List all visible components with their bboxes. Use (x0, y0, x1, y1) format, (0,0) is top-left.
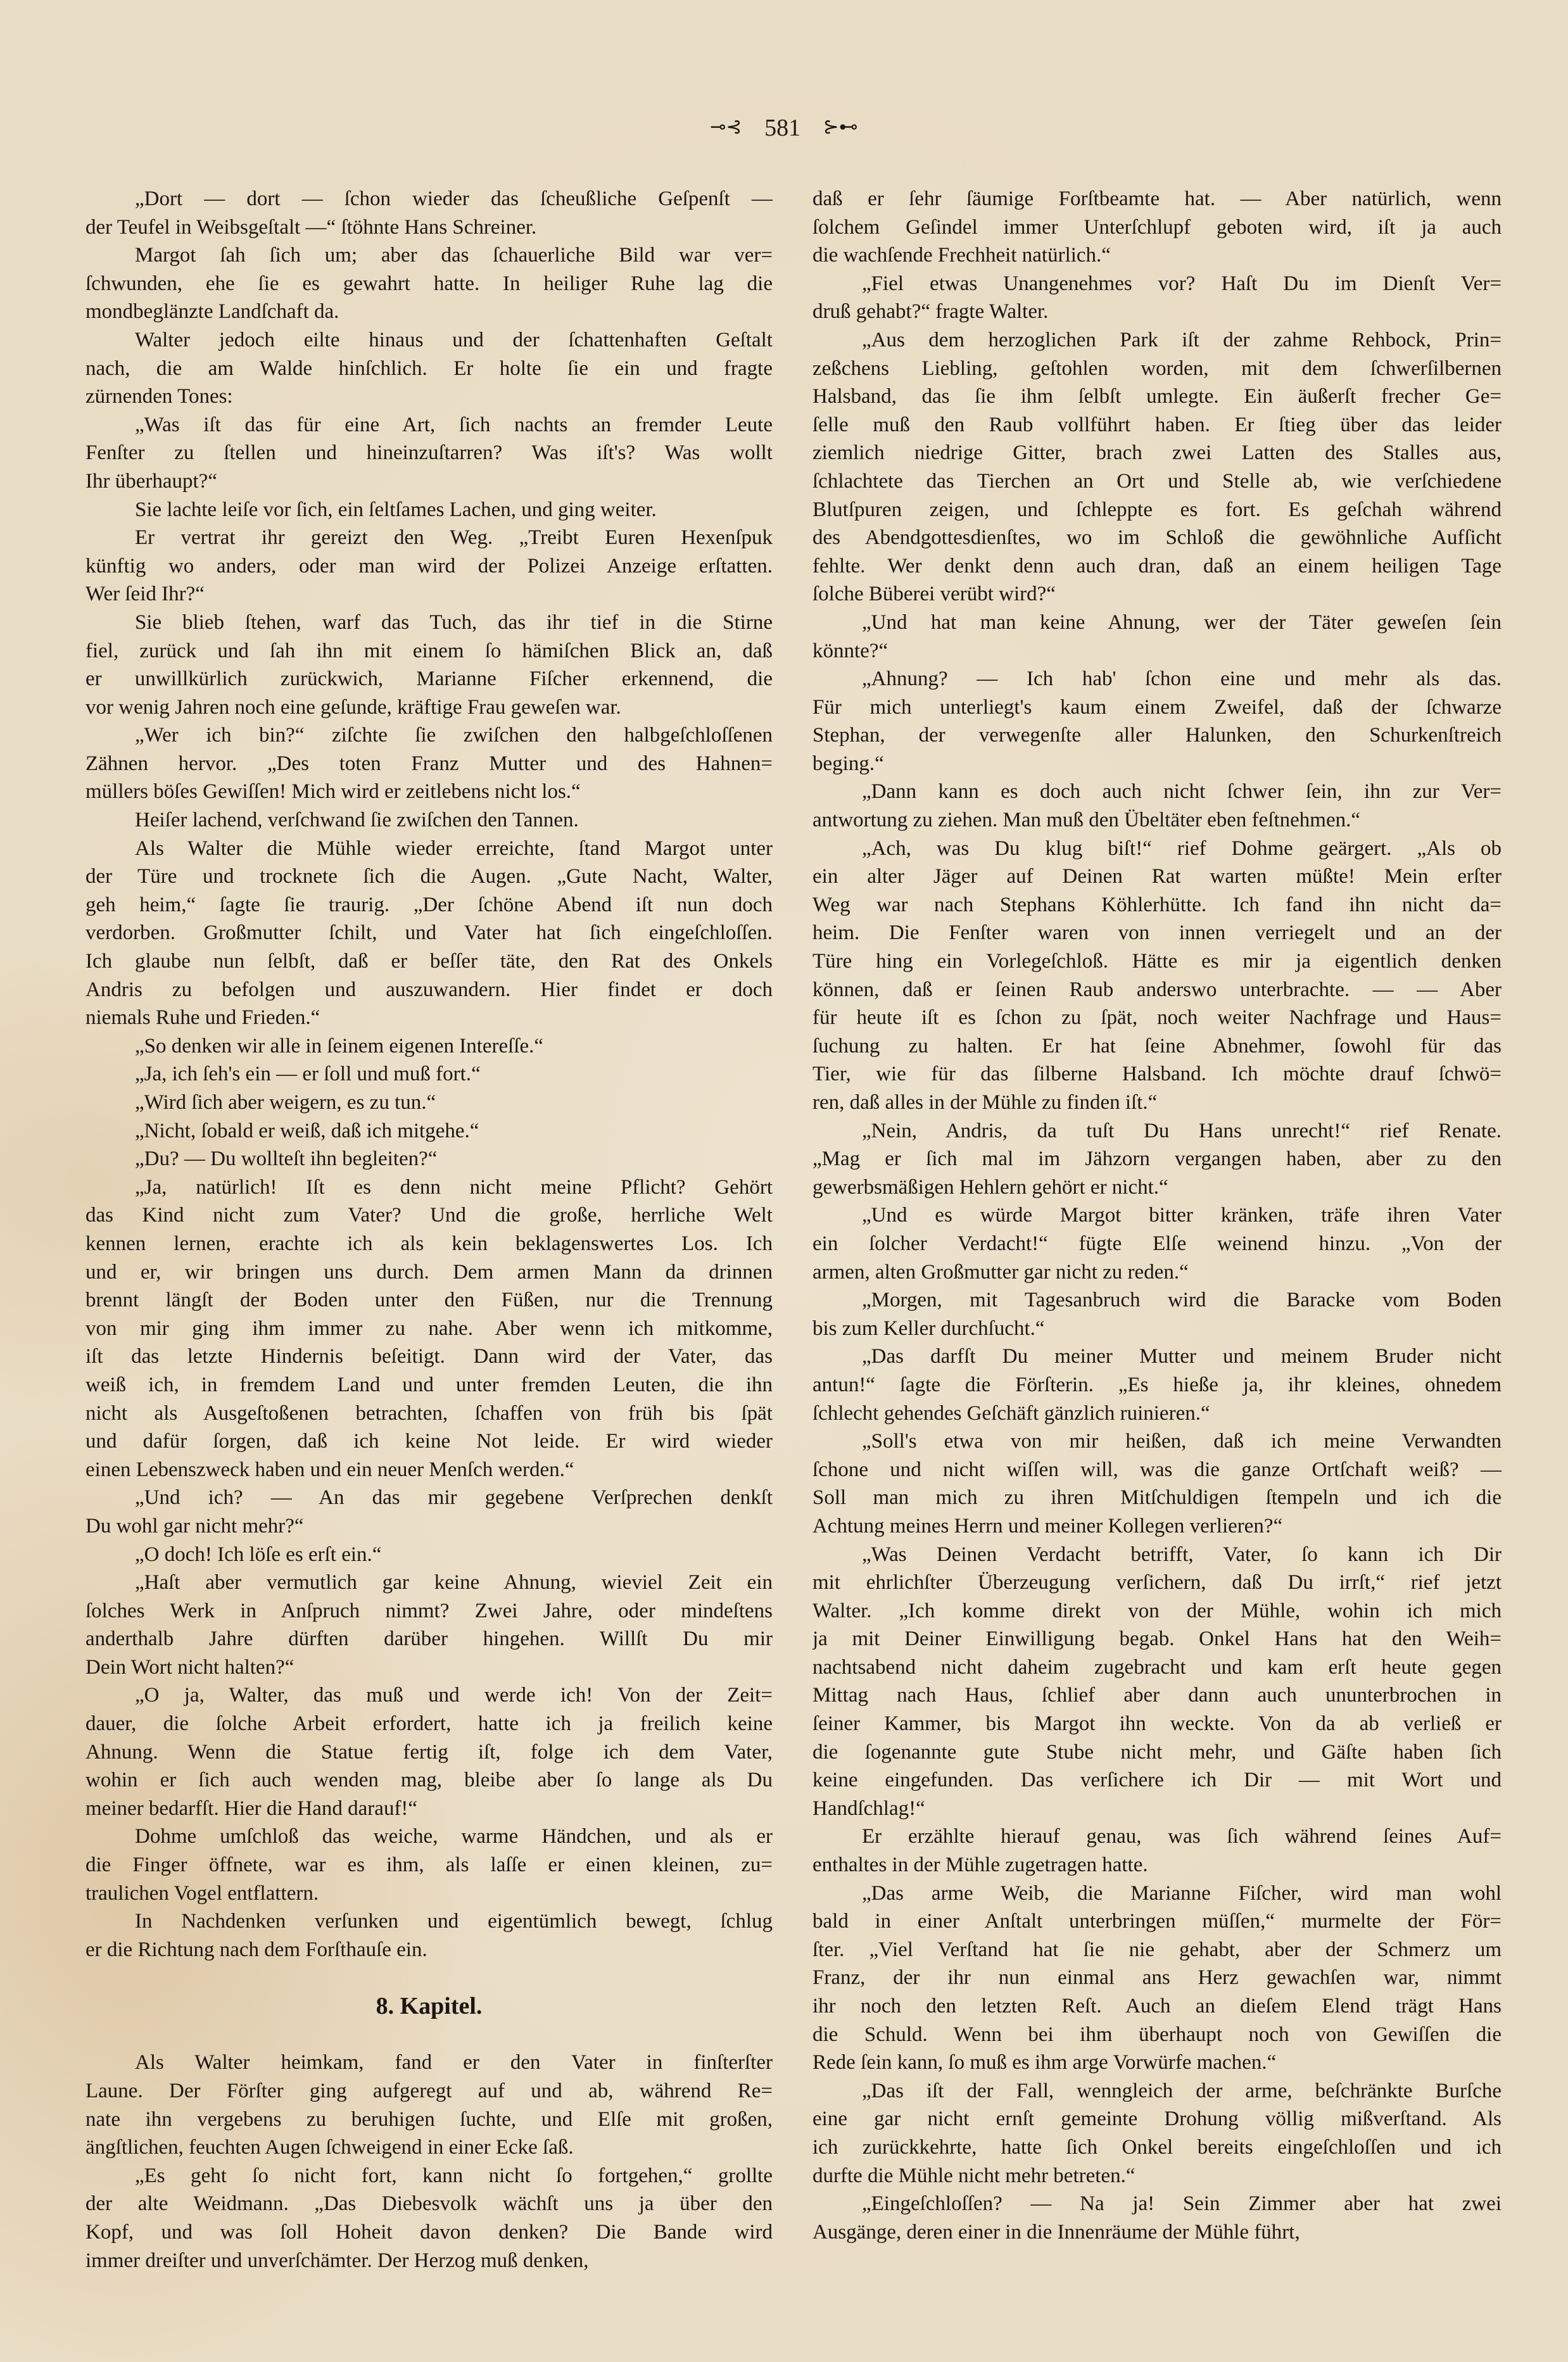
paragraph: „Das arme Weib, die Marianne Fiſcher, wi… (812, 1879, 1502, 2077)
text-line: enthaltes in der Mühle zugetragen hatte. (812, 1851, 1502, 1879)
text-line: ziemlich niedrige Gitter, brach zwei Lat… (812, 439, 1502, 467)
text-line: Ich glaube nun ſelbſt, daß er beſſer tät… (85, 947, 773, 976)
text-line: „Das iſt der Fall, wenngleich der arme, … (812, 2077, 1502, 2106)
paragraph: „O doch! Ich löſe es erſt ein.“ (85, 1541, 773, 1569)
text-line: ſchlecht gehendes Geſchäft gänzlich ruin… (812, 1399, 1502, 1428)
text-line: „So denken wir alle in ſeinem eigenen In… (85, 1032, 773, 1061)
text-line: antwortung zu ziehen. Man muß den Übeltä… (812, 806, 1502, 835)
text-line: „Fiel etwas Unangenehmes vor? Haſt Du im… (812, 270, 1502, 298)
text-line: „Es geht ſo nicht fort, kann nicht ſo fo… (85, 2162, 773, 2190)
text-line: Zähnen hervor. „Des toten Franz Mutter u… (85, 750, 773, 778)
text-line: „Eingeſchloſſen? — Na ja! Sein Zimmer ab… (812, 2190, 1502, 2218)
text-line: ſolche Büberei verübt wird?“ (812, 580, 1502, 609)
text-line: Mittag nach Haus, ſchlief aber dann auch… (812, 1681, 1502, 1710)
text-line: von mir ging ihm immer zu nahe. Aber wen… (85, 1315, 773, 1343)
text-line: Für mich unterliegt's kaum einem Zweifel… (812, 693, 1502, 722)
text-line: Ausgänge, deren einer in die Innenräume … (812, 2218, 1502, 2247)
text-line: Franz, der ihr nun einmal ans Herz gewac… (812, 1964, 1502, 1992)
text-line: fiel, zurück und ſah ihn mit einem ſo hä… (85, 637, 773, 666)
text-line: „O ja, Walter, das muß und werde ich! Vo… (85, 1681, 773, 1710)
paragraph: Er erzählte hierauf genau, was ſich währ… (812, 1822, 1502, 1879)
text-line: kennen lernen, erachte ich als kein bekl… (85, 1230, 773, 1258)
text-line: die wachſende Frechheit natürlich.“ (812, 241, 1502, 270)
text-line: ihr noch den letzten Reſt. Auch an dieſe… (812, 1992, 1502, 2021)
text-line: geh heim,“ ſagte ſie traurig. „Der ſchön… (85, 891, 773, 919)
text-line: „Dann kann es doch auch nicht ſchwer ſei… (812, 778, 1502, 806)
text-line: anderthalb Jahre dürften darüber hingehe… (85, 1625, 773, 1653)
text-line: zeßchens Liebling, geſtohlen worden, mit… (812, 355, 1502, 383)
text-line: und dafür ſorgen, daß ich keine Not leid… (85, 1427, 773, 1456)
paragraph: Margot ſah ſich um; aber das ſchauerlich… (85, 241, 773, 326)
text-line: fehlte. Wer denkt denn auch dran, daß an… (812, 552, 1502, 581)
right-column: daß er ſehr ſäumige Forſtbeamte hat. — A… (812, 185, 1502, 2246)
text-line: Als Walter heimkam, fand er den Vater in… (85, 2049, 773, 2077)
text-line: Er vertrat ihr gereizt den Weg. „Treibt … (85, 524, 773, 552)
text-line: nach, die am Walde hinſchlich. Er holte … (85, 355, 773, 383)
text-line: „Ahnung? — Ich hab' ſchon eine und mehr … (812, 665, 1502, 693)
paragraph: „Ach, was Du klug biſt!“ rief Dohme geär… (812, 835, 1502, 1117)
text-line: heim. Die Fenſter waren von innen verrie… (812, 919, 1502, 947)
text-line: „Dort — dort — ſchon wieder das ſcheußli… (85, 185, 773, 213)
text-line: beging.“ (812, 750, 1502, 778)
text-line: wohin er ſich auch wenden mag, bleibe ab… (85, 1766, 773, 1795)
text-line: „Und es würde Margot bitter kränken, trä… (812, 1201, 1502, 1230)
paragraph: Dohme umſchloß das weiche, warme Händche… (85, 1822, 773, 1907)
text-line: „Morgen, mit Tagesanbruch wird die Barac… (812, 1286, 1502, 1315)
text-line: Ihr überhaupt?“ (85, 467, 773, 496)
paragraph: „Nicht, ſobald er weiß, daß ich mitgehe.… (85, 1117, 773, 1146)
text-line: für heute iſt es ſchon zu ſpät, noch wei… (812, 1004, 1502, 1032)
text-line: bald in einer Anſtalt unterbringen müſſe… (812, 1907, 1502, 1936)
text-line: traulichen Vogel entflattern. (85, 1879, 773, 1908)
text-line: „Was iſt das für eine Art, ſich nachts a… (85, 411, 773, 439)
text-line: er die Richtung nach dem Forſthauſe ein. (85, 1936, 773, 1964)
paragraph: „O ja, Walter, das muß und werde ich! Vo… (85, 1681, 773, 1822)
paragraph: Heiſer lachend, verſchwand ſie zwiſchen … (85, 806, 773, 835)
text-line: die Schuld. Wenn bei ihm überhaupt noch … (812, 2021, 1502, 2049)
text-line: Weg war nach Stephans Köhlerhütte. Ich f… (812, 891, 1502, 919)
text-line: ſuchung zu halten. Er hat ſeine Abnehmer… (812, 1032, 1502, 1061)
text-line: brennt längſt der Boden unter den Füßen,… (85, 1286, 773, 1315)
paragraph: „Soll's etwa von mir heißen, daß ich mei… (812, 1427, 1502, 1540)
text-line: keine eingefunden. Das verſichere ich Di… (812, 1766, 1502, 1795)
text-line: „Ja, natürlich! Iſt es denn nicht meine … (85, 1173, 773, 1202)
text-line: ſchone und nicht wiſſen will, was die ga… (812, 1456, 1502, 1484)
text-line: „Nein, Andris, da tuſt Du Hans unrecht!“… (812, 1117, 1502, 1146)
text-line: „Ach, was Du klug biſt!“ rief Dohme geär… (812, 835, 1502, 863)
text-line: Walter. „Ich komme direkt von der Mühle,… (812, 1597, 1502, 1626)
text-line: Er erzählte hierauf genau, was ſich währ… (812, 1822, 1502, 1851)
text-line: Sie lachte leiſe vor ſich, ein ſeltſames… (85, 496, 773, 524)
text-line: Dein Wort nicht halten?“ (85, 1653, 773, 1682)
text-line: ſolchem Geſindel immer Unterſchlupf gebo… (812, 213, 1502, 242)
ornament-right-icon: ⊱⊷ (823, 117, 858, 137)
left-column: „Dort — dort — ſchon wieder das ſcheußli… (85, 185, 773, 2275)
text-line: „Ja, ich ſeh's ein — er ſoll und muß for… (85, 1060, 773, 1089)
paragraph: Als Walter die Mühle wieder erreichte, ſ… (85, 835, 773, 1032)
text-line: nate ihn vergebens zu beruhigen ſuchte, … (85, 2106, 773, 2134)
text-line: Blutſpuren zeigen, und ſchleppte es fort… (812, 496, 1502, 524)
text-line: Heiſer lachend, verſchwand ſie zwiſchen … (85, 806, 773, 835)
paragraph: „Wer ich bin?“ ziſchte ſie zwiſchen den … (85, 721, 773, 806)
text-line: armen, alten Großmutter gar nicht zu red… (812, 1258, 1502, 1287)
text-line: nicht als Ausgeſtoßenen betrachten, ſcha… (85, 1399, 773, 1428)
text-line: Du wohl gar nicht mehr?“ (85, 1512, 773, 1541)
text-line: Als Walter die Mühle wieder erreichte, ſ… (85, 835, 773, 863)
paragraph: „Ja, ich ſeh's ein — er ſoll und muß for… (85, 1060, 773, 1089)
paragraph: „Eingeſchloſſen? — Na ja! Sein Zimmer ab… (812, 2190, 1502, 2246)
paragraph: „Das darfſt Du meiner Mutter und meinem … (812, 1342, 1502, 1427)
paragraph: „Was iſt das für eine Art, ſich nachts a… (85, 411, 773, 496)
paragraph: „Das iſt der Fall, wenngleich der arme, … (812, 2077, 1502, 2190)
text-line: verdorben. Großmutter ſchilt, und Vater … (85, 919, 773, 947)
paragraph: „Haſt aber vermutlich gar keine Ahnung, … (85, 1569, 773, 1681)
text-line: „O doch! Ich löſe es erſt ein.“ (85, 1541, 773, 1569)
text-line: können, daß er ſeinen Raub anderswo unte… (812, 976, 1502, 1004)
text-line: Rede ſein kann, ſo muß es ihm arge Vorwü… (812, 2049, 1502, 2077)
text-line: Laune. Der Förſter ging aufgeregt auf un… (85, 2077, 773, 2106)
text-line: Türe hing ein Vorlegeſchloß. Hätte es mi… (812, 947, 1502, 976)
right-column-paragraphs: daß er ſehr ſäumige Forſtbeamte hat. — A… (812, 185, 1502, 2246)
paragraph: „Dort — dort — ſchon wieder das ſcheußli… (85, 185, 773, 241)
text-line: „Und ich? — An das mir gegebene Verſprec… (85, 1484, 773, 1512)
paragraph: „Dann kann es doch auch nicht ſchwer ſei… (812, 778, 1502, 834)
text-line: nachtsabend nicht daheim zugebracht und … (812, 1653, 1502, 1682)
text-line: Andris zu befolgen und auszuwandern. Hie… (85, 976, 773, 1004)
text-line: „Das darfſt Du meiner Mutter und meinem … (812, 1342, 1502, 1371)
text-line: Wer ſeid Ihr?“ (85, 580, 773, 609)
text-line: immer dreiſter und unverſchämter. Der He… (85, 2247, 773, 2275)
text-line: antun!“ ſagte die Förſterin. „Es hieße j… (812, 1371, 1502, 1399)
paragraph: „Ja, natürlich! Iſt es denn nicht meine … (85, 1173, 773, 1484)
text-line: ſelle muß den Raub vollführt haben. Er ſ… (812, 411, 1502, 439)
text-line: ſolches Werk in Anſpruch nimmt? Zwei Jah… (85, 1597, 773, 1626)
text-line: dauer, die ſolche Arbeit erfordert, hatt… (85, 1710, 773, 1738)
paragraph: „Und ich? — An das mir gegebene Verſprec… (85, 1484, 773, 1540)
paragraph: Sie blieb ſtehen, warf das Tuch, das ihr… (85, 609, 773, 721)
paragraph: Walter jedoch eilte hinaus und der ſchat… (85, 326, 773, 411)
paragraph: „Wird ſich aber weigern, es zu tun.“ (85, 1089, 773, 1117)
text-line: ein alter Jäger auf Deinen Rat warten mü… (812, 862, 1502, 891)
text-line: Kopf, und was ſoll Hoheit davon denken? … (85, 2218, 773, 2247)
text-line: mit ehrlichſter Überzeugung verſichern, … (812, 1569, 1502, 1597)
text-line: „Wer ich bin?“ ziſchte ſie zwiſchen den … (85, 721, 773, 750)
text-line: Margot ſah ſich um; aber das ſchauerlich… (85, 241, 773, 270)
text-line: gewerbsmäßigen Hehlern gehört er nicht.“ (812, 1173, 1502, 1202)
paragraph: In Nachdenken verſunken und eigentümlich… (85, 1907, 773, 1964)
paragraph: „Ahnung? — Ich hab' ſchon eine und mehr … (812, 665, 1502, 778)
text-line: Handſchlag!“ (812, 1795, 1502, 1823)
text-line: er unwillkürlich zurückwich, Marianne Fi… (85, 665, 773, 693)
text-line: Ahnung. Wenn die Statue fertig iſt, folg… (85, 1738, 773, 1767)
text-line: Sie blieb ſtehen, warf das Tuch, das ihr… (85, 609, 773, 637)
text-line: Dohme umſchloß das weiche, warme Händche… (85, 1822, 773, 1851)
text-line: ich zurückkehrte, hatte ſich Onkel berei… (812, 2133, 1502, 2162)
text-line: ein ſolcher Verdacht!“ fügte Elſe weinen… (812, 1230, 1502, 1258)
paragraph: „So denken wir alle in ſeinem eigenen In… (85, 1032, 773, 1061)
text-line: die Finger öffnete, war es ihm, als laſſ… (85, 1851, 773, 1879)
text-line: ſchwunden, ehe ſie es gewahrt hatte. In … (85, 270, 773, 298)
paragraph: „Nein, Andris, da tuſt Du Hans unrecht!“… (812, 1117, 1502, 1202)
paragraph: „Und es würde Margot bitter kränken, trä… (812, 1201, 1502, 1286)
text-line: druß gehabt?“ fragte Walter. (812, 298, 1502, 326)
paragraph: daß er ſehr ſäumige Forſtbeamte hat. — A… (812, 185, 1502, 270)
paragraph: Sie lachte leiſe vor ſich, ein ſeltſames… (85, 496, 773, 524)
text-line: weiß ich, in fremdem Land und unter frem… (85, 1371, 773, 1399)
text-line: daß er ſehr ſäumige Forſtbeamte hat. — A… (812, 185, 1502, 213)
text-line: iſt das letzte Hindernis beſeitigt. Dann… (85, 1342, 773, 1371)
text-line: müllers böſes Gewiſſen! Mich wird er zei… (85, 778, 773, 806)
text-line: Halsband, das ſie ihm ſelbſt umlegte. Ei… (812, 382, 1502, 411)
text-line: vor wenig Jahren noch eine geſunde, kräf… (85, 693, 773, 722)
text-line: „Haſt aber vermutlich gar keine Ahnung, … (85, 1569, 773, 1597)
text-line: „Nicht, ſobald er weiß, daß ich mitgehe.… (85, 1117, 773, 1146)
text-line: Tier, wie für das ſilberne Halsband. Ich… (812, 1060, 1502, 1089)
text-line: In Nachdenken verſunken und eigentümlich… (85, 1907, 773, 1936)
chapter-heading: 8. Kapitel. (85, 1964, 773, 2049)
paragraph: „Morgen, mit Tagesanbruch wird die Barac… (812, 1286, 1502, 1342)
text-line: „Aus dem herzoglichen Park iſt der zahme… (812, 326, 1502, 355)
text-line: der alte Weidmann. „Das Diebesvolk wächſ… (85, 2190, 773, 2218)
text-line: Fenſter zu ſtellen und hineinzuſtarren? … (85, 439, 773, 467)
text-line: und er, wir bringen uns durch. Dem armen… (85, 1258, 773, 1287)
ornament-left-icon: ⊸⊰ (710, 117, 742, 137)
paragraph: „Aus dem herzoglichen Park iſt der zahme… (812, 326, 1502, 609)
text-line: der Türe und trocknete ſich die Augen. „… (85, 862, 773, 891)
text-line: „Soll's etwa von mir heißen, daß ich mei… (812, 1427, 1502, 1456)
text-line: könnte?“ (812, 637, 1502, 666)
text-line: meiner bedarfſt. Hier die Hand darauf!“ (85, 1795, 773, 1823)
left-column-paragraphs-after: Als Walter heimkam, fand er den Vater in… (85, 2049, 773, 2275)
text-line: ja mit Deiner Einwilligung begab. Onkel … (812, 1625, 1502, 1653)
text-line: ſeiner Kammer, bis Margot ihn weckte. Vo… (812, 1710, 1502, 1738)
text-line: ſchlachtete das Tierchen an Ort und Stel… (812, 467, 1502, 496)
text-line: ängſtlichen, feuchten Augen ſchweigend i… (85, 2133, 773, 2162)
text-line: „Und hat man keine Ahnung, wer der Täter… (812, 609, 1502, 637)
text-line: die ſogenannte gute Stube nicht mehr, un… (812, 1738, 1502, 1767)
text-line: der Teufel in Weibsgeſtalt —“ ſtöhnte Ha… (85, 213, 773, 242)
text-line: künftig wo anders, oder man wird der Pol… (85, 552, 773, 581)
text-line: Soll man mich zu ihren Mitſchuldigen ſte… (812, 1484, 1502, 1512)
page-header: ⊸⊰ 581 ⊱⊷ (0, 114, 1568, 142)
text-line: „Wird ſich aber weigern, es zu tun.“ (85, 1089, 773, 1117)
paragraph: Als Walter heimkam, fand er den Vater in… (85, 2049, 773, 2161)
text-line: „Mag er ſich mal im Jähzorn vergangen ha… (812, 1145, 1502, 1173)
paragraph: „Und hat man keine Ahnung, wer der Täter… (812, 609, 1502, 665)
text-line: mondbeglänzte Landſchaft da. (85, 298, 773, 326)
text-line: das Kind nicht zum Vater? Und die große,… (85, 1201, 773, 1230)
text-line: „Was Deinen Verdacht betrifft, Vater, ſo… (812, 1541, 1502, 1569)
text-line: ſter. „Viel Verſtand hat ſie nie gehabt,… (812, 1936, 1502, 1964)
text-line: bis zum Keller durchſucht.“ (812, 1315, 1502, 1343)
text-line: Stephan, der verwegenſte aller Halunken,… (812, 721, 1502, 750)
text-line: ren, daß alles in der Mühle zu finden iſ… (812, 1089, 1502, 1117)
text-line: durfte die Mühle nicht mehr betreten.“ (812, 2162, 1502, 2190)
text-line: Achtung meines Herrn und meiner Kollegen… (812, 1512, 1502, 1541)
text-line: eine gar nicht ernſt gemeinte Drohung vö… (812, 2105, 1502, 2133)
paragraph: „Du? — Du wollteſt ihn begleiten?“ (85, 1145, 773, 1173)
text-line: des Abendgottesdienſtes, wo im Schloß di… (812, 524, 1502, 552)
left-column-paragraphs-before: „Dort — dort — ſchon wieder das ſcheußli… (85, 185, 773, 1964)
text-line: „Das arme Weib, die Marianne Fiſcher, wi… (812, 1879, 1502, 1908)
paragraph: „Es geht ſo nicht fort, kann nicht ſo fo… (85, 2162, 773, 2275)
paragraph: Er vertrat ihr gereizt den Weg. „Treibt … (85, 524, 773, 609)
text-line: niemals Ruhe und Frieden.“ (85, 1004, 773, 1032)
paragraph: „Was Deinen Verdacht betrifft, Vater, ſo… (812, 1541, 1502, 1823)
text-line: einen Lebenszweck haben und ein neuer Me… (85, 1456, 773, 1484)
page-number: 581 (764, 115, 800, 141)
text-line: „Du? — Du wollteſt ihn begleiten?“ (85, 1145, 773, 1173)
paragraph: „Fiel etwas Unangenehmes vor? Haſt Du im… (812, 270, 1502, 326)
text-line: Walter jedoch eilte hinaus und der ſchat… (85, 326, 773, 355)
text-line: zürnenden Tones: (85, 382, 773, 411)
